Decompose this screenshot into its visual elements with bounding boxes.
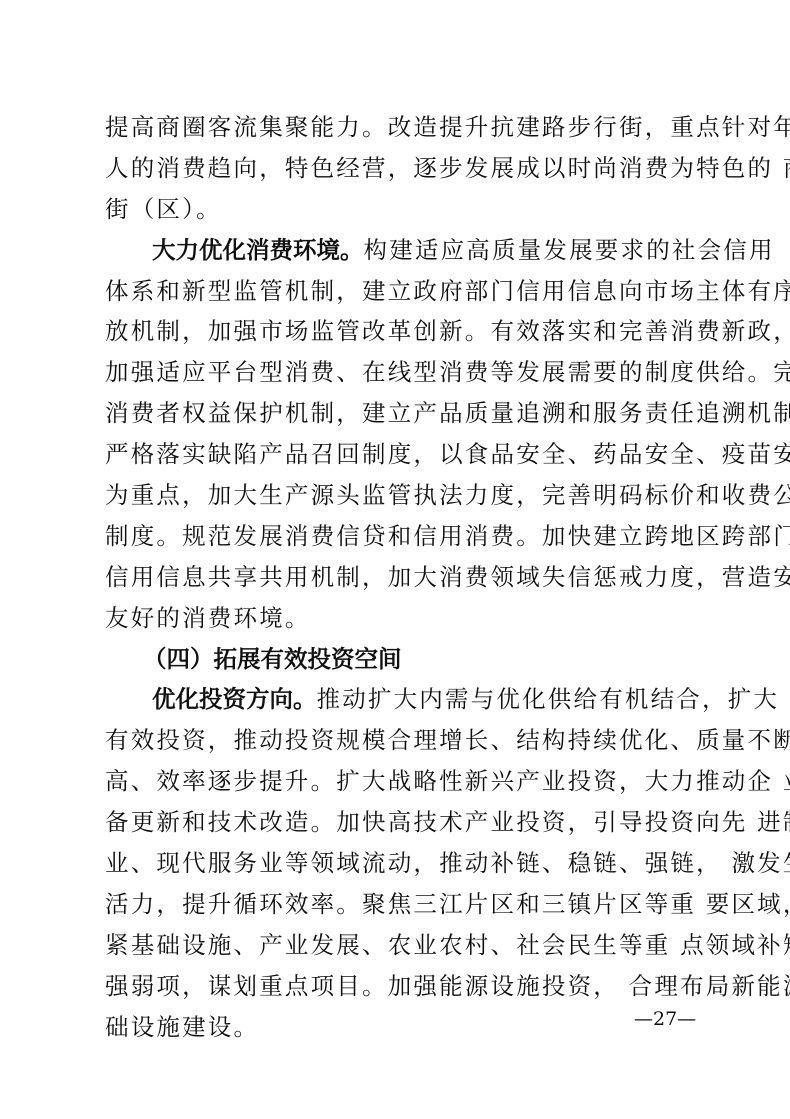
paragraph-lead-consumption-environment: 大力优化消费环境。	[152, 236, 364, 264]
paragraph-line: 加强适应平台型消费、在线型消费等发展需要的制度供给。完善	[105, 352, 695, 393]
paragraph-line: 业、现代服务业等领域流动，推动补链、稳链、强链， 激发生产	[105, 843, 695, 884]
paragraph-line: 提高商圈客流集聚能力。改造提升抗建路步行街，重点针对年 轻	[105, 107, 695, 148]
paragraph-line: 优化投资方向。推动扩大内需与优化供给有机结合，扩大	[105, 679, 695, 720]
paragraph-line: 强弱项，谋划重点项目。加强能源设施投资， 合理布局新能源基	[105, 966, 695, 1007]
paragraph-line: 础设施建设。	[105, 1007, 695, 1048]
paragraph-line: 活力，提升循环效率。聚焦三江片区和三镇片区等重 要区域，盯	[105, 884, 695, 925]
paragraph-line: 有效投资，推动投资规模合理增长、结构持续优化、质量不断 提	[105, 720, 695, 761]
paragraph-text: 推动扩大内需与优化供给有机结合，扩大	[317, 685, 780, 713]
paragraph-line: 严格落实缺陷产品召回制度，以食品安全、药品安全、疫苗安全	[105, 434, 695, 475]
paragraph-line: 人的消费趋向，特色经营，逐步发展成以时尚消费为特色的 商业	[105, 148, 695, 189]
page-number: —27—	[634, 1008, 696, 1030]
paragraph-line: 紧基础设施、产业发展、农业农村、社会民生等重 点领域补短板、	[105, 925, 695, 966]
paragraph-line: 为重点，加大生产源头监管执法力度，完善明码标价和收费公示	[105, 475, 695, 516]
paragraph-line: 备更新和技术改造。加快高技术产业投资，引导投资向先 进制造	[105, 802, 695, 843]
paragraph-line: 友好的消费环境。	[105, 598, 695, 639]
paragraph-line: 街（区）。	[105, 189, 695, 230]
paragraph-line: 放机制，加强市场监管改革创新。有效落实和完善消费新政，	[105, 311, 695, 352]
paragraph-line: 高、效率逐步提升。扩大战略性新兴产业投资，大力推动企 业设	[105, 761, 695, 802]
paragraph-line: 体系和新型监管机制，建立政府部门信用信息向市场主体有序开	[105, 271, 695, 312]
document-page: 提高商圈客流集聚能力。改造提升抗建路步行街，重点针对年 轻 人的消费趋向，特色经…	[105, 107, 695, 1047]
paragraph-line: 信用信息共享共用机制，加大消费领域失信惩戒力度，营造安全	[105, 557, 695, 598]
paragraph-line: 大力优化消费环境。构建适应高质量发展要求的社会信用	[105, 230, 695, 271]
paragraph-text: 构建适应高质量发展要求的社会信用	[364, 236, 775, 264]
section-heading: （四）拓展有效投资空间	[105, 639, 695, 680]
paragraph-line: 消费者权益保护机制，建立产品质量追溯和服务责任追溯机制，	[105, 393, 695, 434]
paragraph-line: 制度。规范发展消费信贷和信用消费。加快建立跨地区跨部门的	[105, 516, 695, 557]
paragraph-lead-investment-direction: 优化投资方向。	[152, 685, 317, 713]
